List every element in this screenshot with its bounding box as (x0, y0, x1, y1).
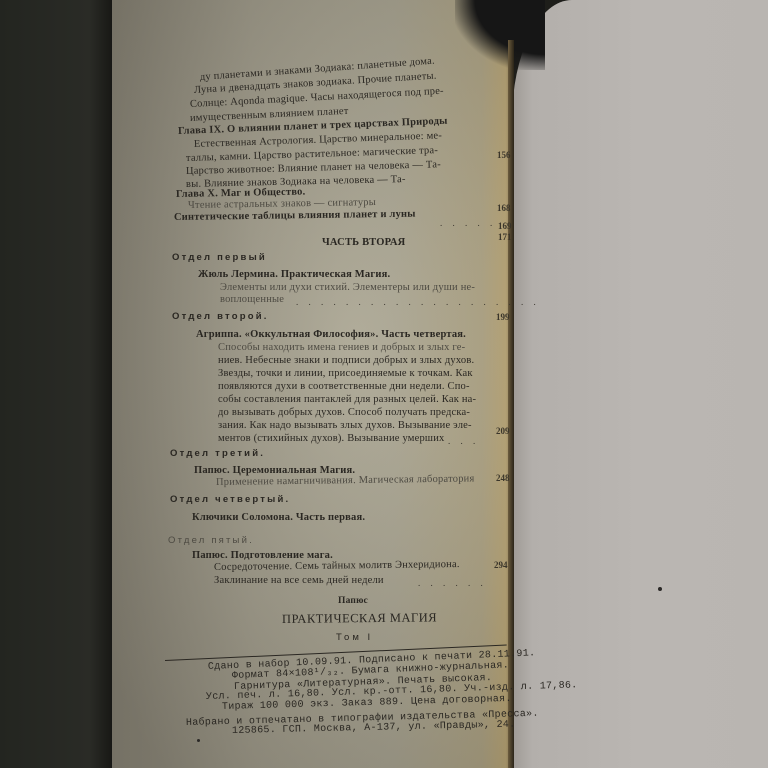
section-2-line: ментов (стихийных духов). Вызывание умер… (218, 434, 445, 445)
dot-leader: . . . . . (440, 218, 496, 228)
section-3-label: Отдел третий. (170, 449, 265, 459)
imprint-author: Папюс (338, 597, 368, 607)
section-1-title: Жюль Лермина. Практическая Магия. (198, 270, 390, 281)
section-1-page: 199 (496, 312, 510, 322)
section-1-line: воплощенные (220, 295, 284, 306)
section-2-line: Способы находить имена гениев и добрых и… (218, 343, 465, 354)
section-4-title: Ключики Соломона. Часть первая. (192, 513, 365, 524)
section-2-line: Звезды, точки и линии, присоединяемые к … (218, 369, 473, 380)
dot-leader: . . . . . . (418, 578, 487, 588)
section-2-line: зания. Как надо вызывать злых духов. Выз… (218, 421, 472, 432)
dot-leader: . . . (448, 436, 479, 446)
chapter-10-page: 168 (497, 203, 511, 213)
section-3-page: 248 (496, 473, 510, 483)
section-1-label: Отдел первый (172, 253, 267, 263)
tables-title: Синтетические таблицы влияния планет и л… (174, 210, 416, 224)
section-1-line: Элементы или духи стихий. Элементеры или… (220, 283, 475, 294)
section-4-label: Отдел четвертый. (170, 495, 290, 505)
chapter-9-page: 156 (497, 150, 511, 160)
dot-leader: . . . . . . . . . . . . . . . . . . . . (296, 297, 540, 307)
section-2-label: Отдел второй. (172, 312, 269, 322)
imprint-title: ПРАКТИЧЕСКАЯ МАГИЯ (282, 611, 437, 625)
part-2-heading: ЧАСТЬ ВТОРАЯ (322, 238, 405, 249)
section-2-line: появляются духи в соответственные дни не… (218, 382, 470, 393)
section-2-line: собы составления пантаклей для разных це… (218, 395, 476, 406)
section-2-line: ниев. Небесные знаки и подписи добрых и … (218, 356, 474, 367)
section-2-title: Агриппа. «Оккультная Философия». Часть ч… (196, 330, 466, 341)
book-photo: ду планетами и знаками Зодиака: планетны… (0, 0, 768, 768)
section-5-line: Заклинание на все семь дней недели (214, 576, 384, 587)
section-3-line: Применение намагничивания. Магическая ла… (216, 474, 475, 488)
tables-page-b: 171 (498, 232, 512, 242)
section-2-page: 209 (496, 426, 510, 436)
imprint-volume: Том I (336, 633, 373, 643)
section-5-label: Отдел пятый. (168, 536, 254, 546)
section-5-line: Сосредоточение. Семь тайных молитв Энхер… (214, 560, 460, 574)
table-of-contents: ду планетами и знаками Зодиака: планетны… (0, 0, 768, 768)
tables-page-a: 169 (498, 221, 512, 231)
section-2-line: до вызывать добрых духов. Способ получат… (218, 408, 470, 419)
section-5-page: 294 (494, 560, 508, 570)
